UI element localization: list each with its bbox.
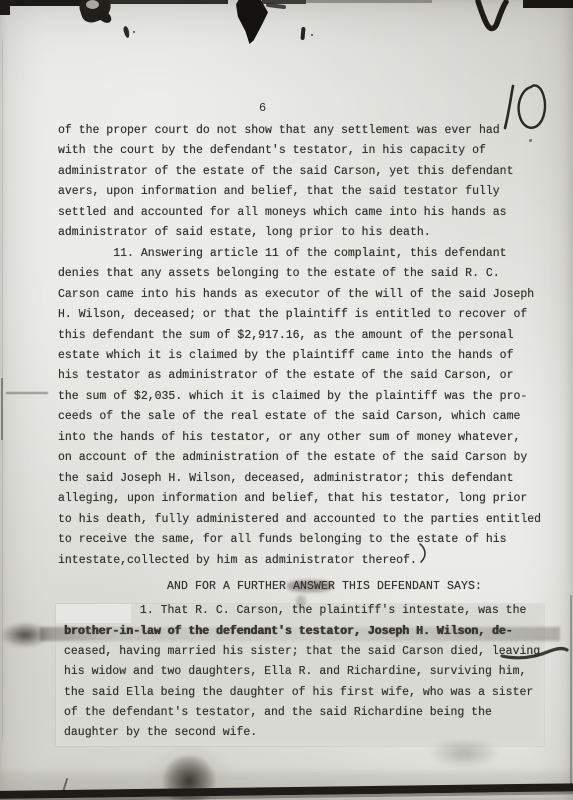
paragraph-line: ceased, having married his sister; that … bbox=[64, 642, 564, 662]
paragraph-line: of the defendant's testator, and the sai… bbox=[64, 703, 564, 723]
bottom-smudge-right bbox=[428, 738, 500, 768]
ink-speck bbox=[133, 31, 135, 33]
margin-dash-mark bbox=[6, 392, 48, 394]
scan-edge-top-segment bbox=[306, 0, 432, 3]
ink-blot-top-left-tail bbox=[96, 9, 113, 25]
heading-smear bbox=[287, 580, 333, 592]
ink-comma-mark bbox=[123, 26, 131, 39]
document-body: of the proper court do not show that any… bbox=[58, 121, 564, 744]
paragraph-further-answer: 1. That R. C. Carson, the plaintiff's in… bbox=[64, 601, 564, 743]
ink-tick-mark bbox=[300, 27, 305, 40]
paragraph-continuation: of the proper court do not show that any… bbox=[58, 121, 564, 244]
right-edge-line bbox=[570, 595, 572, 790]
paragraph-line: his widow and two daughters, Ella R. and… bbox=[64, 662, 564, 682]
paragraph-line: 1. That R. C. Carson, the plaintiff's in… bbox=[64, 601, 564, 621]
section-heading: AND FOR A FURTHER ANSWER THIS DEFENDANT … bbox=[167, 577, 564, 597]
paragraph-line: the said Ella being the daughter of his … bbox=[64, 683, 564, 703]
ink-speck bbox=[311, 34, 313, 36]
scanned-document-page: 6 10 of the proper court do not show tha… bbox=[0, 0, 573, 800]
line-smear-band bbox=[40, 627, 560, 641]
scan-edge-top-segment bbox=[0, 0, 90, 6]
pen-swoosh-mark bbox=[500, 644, 570, 664]
heading-smear-drip bbox=[296, 595, 306, 607]
ink-v-mark-top-right bbox=[470, 0, 512, 32]
scan-edge-top-segment bbox=[106, 0, 228, 4]
typed-page-number: 6 bbox=[259, 101, 267, 115]
ink-blot-top-left-highlight bbox=[86, 0, 99, 9]
paragraph-article-11: 11. Answering article 11 of the complain… bbox=[58, 244, 564, 571]
ink-blot-top-center bbox=[236, 0, 268, 44]
scan-edge-top-right-segment bbox=[523, 0, 573, 8]
pen-paren-mark bbox=[416, 542, 430, 564]
